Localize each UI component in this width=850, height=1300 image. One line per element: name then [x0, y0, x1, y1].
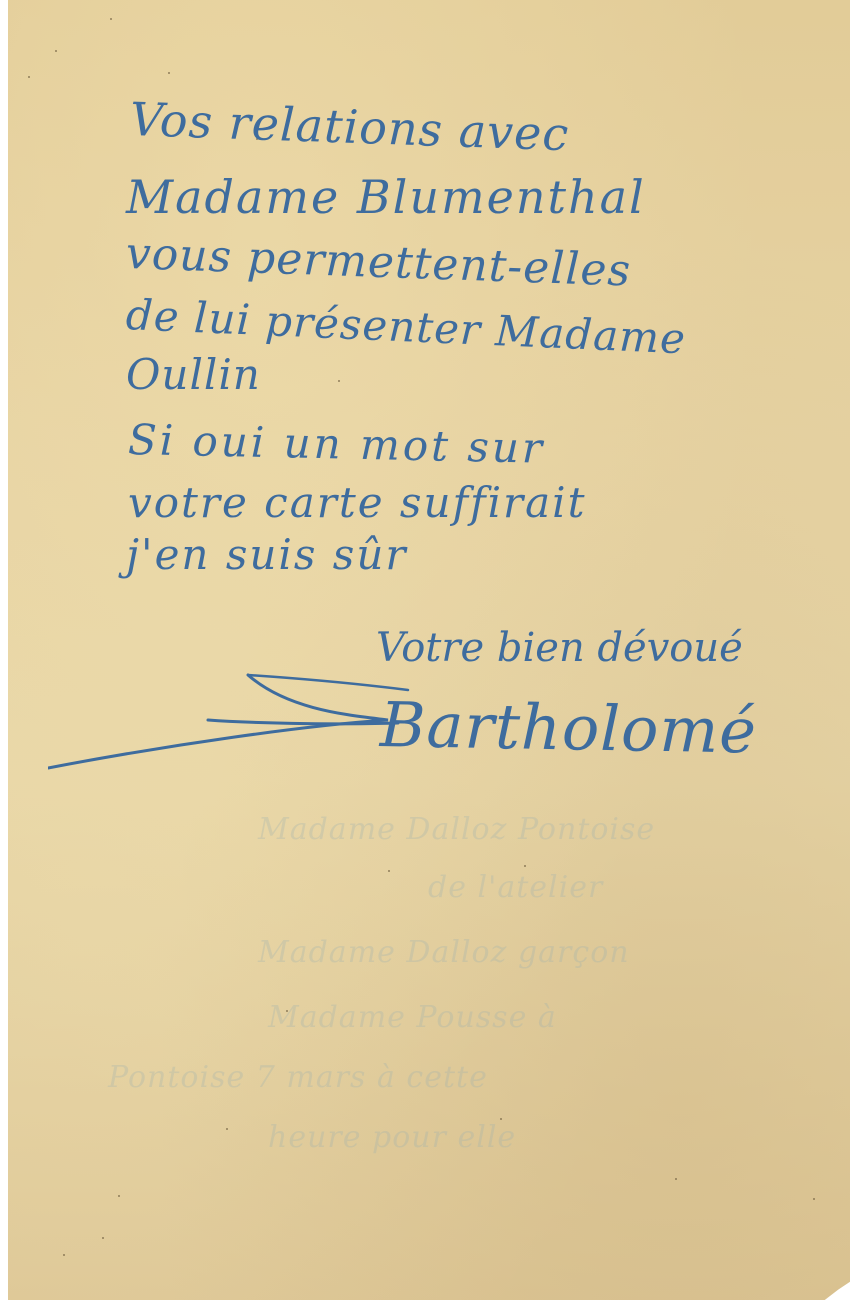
paper-speck: [28, 76, 30, 78]
paper-speck: [524, 865, 526, 867]
bleed-through-text: heure pour elle: [268, 1120, 516, 1155]
paper-speck: [102, 1237, 104, 1239]
paper-speck: [110, 18, 112, 20]
letter-line: Si oui un mot sur: [127, 415, 545, 473]
letter-line: Oullin: [126, 350, 261, 399]
paper-speck: [388, 870, 390, 872]
paper-speck: [55, 50, 57, 52]
paper-speck: [226, 1128, 228, 1130]
paper-speck: [675, 1178, 677, 1180]
letter-line: j'en suis sûr: [126, 530, 407, 579]
paper-speck: [63, 1254, 65, 1256]
bleed-through-text: de l'atelier: [428, 870, 603, 905]
letter-line: vous permettent-elles: [125, 228, 632, 297]
bleed-through-text: Madame Dalloz garçon: [258, 935, 630, 970]
bleed-through-text: Pontoise 7 mars à cette: [108, 1060, 488, 1095]
bleed-through-text: Madame Dalloz Pontoise: [258, 812, 655, 847]
paper-speck: [338, 380, 340, 382]
paper-speck: [168, 72, 170, 74]
letter-line: Madame Blumenthal: [126, 170, 646, 224]
letter-line: Vos relations avec: [129, 92, 570, 161]
bleed-through-text: Madame Pousse à: [268, 1000, 557, 1035]
letter-line: votre carte suffirait: [128, 478, 586, 527]
paper-speck: [813, 1198, 815, 1200]
letter-signature: Bartholomé: [379, 688, 757, 768]
paper-speck: [118, 1195, 120, 1197]
letter-sheet: Madame Dalloz Pontoise de l'atelier Mada…: [8, 0, 850, 1300]
